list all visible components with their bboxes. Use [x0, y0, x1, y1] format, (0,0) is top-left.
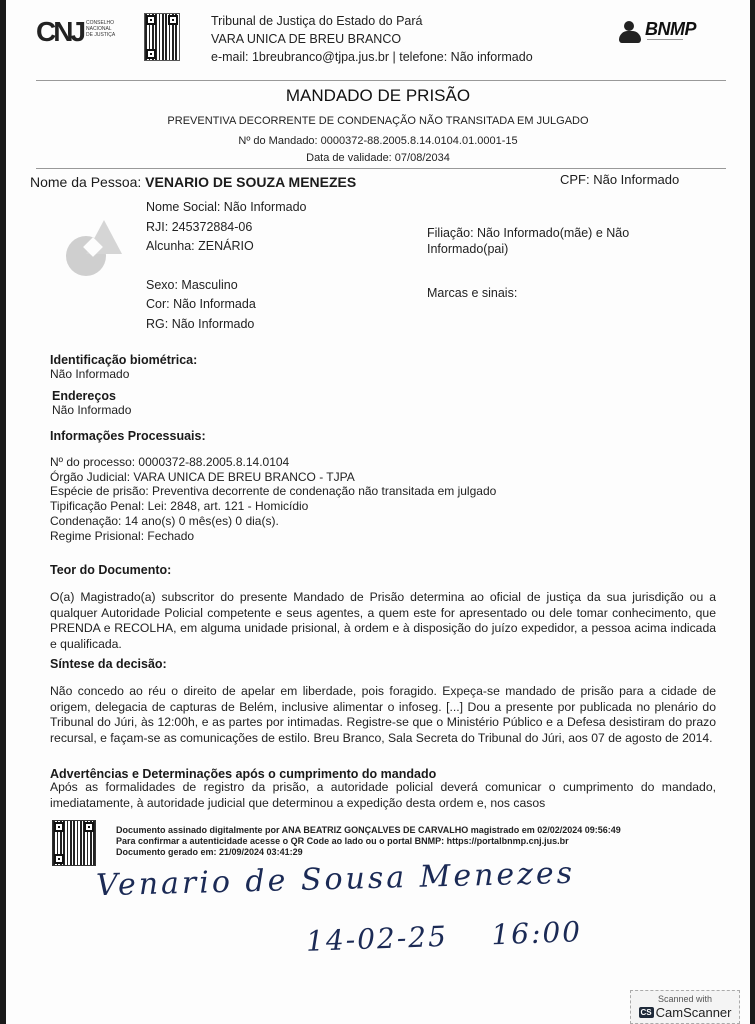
- cpf: CPF: Não Informado: [560, 172, 679, 187]
- addresses-value: Não Informado: [52, 403, 131, 418]
- validity-date: Data de validade: 07/08/2034: [6, 152, 750, 164]
- cnj-logo-mark: CNJ: [36, 16, 83, 48]
- warnings-heading: Advertências e Determinações após o cump…: [50, 767, 436, 781]
- sex: Sexo: Masculino: [146, 277, 238, 293]
- camscanner-icon: CS: [639, 1007, 654, 1018]
- court-header: Tribunal de Justiça do Estado do Pará VA…: [211, 12, 533, 66]
- arrest-type: Espécie de prisão: Preventiva decorrente…: [50, 484, 496, 499]
- warrant-number: Nº do Mandado: 0000372-88.2005.8.14.0104…: [6, 135, 750, 147]
- document-title: MANDADO DE PRISÃO: [6, 86, 750, 106]
- alias: Alcunha: ZENÁRIO: [146, 238, 254, 254]
- marks-and-signs: Marcas e sinais:: [427, 285, 517, 301]
- verify-info: Para confirmar a autenticidade acesse o …: [116, 836, 621, 847]
- biometric-heading: Identificação biométrica:: [50, 353, 197, 367]
- court-unit: VARA UNICA DE BREU BRANCO: [211, 30, 533, 48]
- content-text: O(a) Magistrado(a) subscritor do present…: [50, 590, 716, 652]
- signature-info: Documento assinado digitalmente por ANA …: [116, 825, 621, 858]
- warnings-text: Após as formalidades de registro da pris…: [50, 780, 716, 811]
- court-name: Tribunal de Justiça do Estado do Pará: [211, 12, 533, 30]
- filiation: Filiação: Não Informado(mãe) e Não Infor…: [427, 225, 637, 257]
- process-number: Nº do processo: 0000372-88.2005.8.14.010…: [50, 455, 496, 470]
- decision-heading: Síntese da decisão:: [50, 657, 167, 671]
- content-heading: Teor do Documento:: [50, 563, 171, 577]
- document-subtitle: PREVENTIVA DECORRENTE DE CONDENAÇÃO NÃO …: [6, 115, 750, 127]
- process-info: Nº do processo: 0000372-88.2005.8.14.010…: [50, 455, 496, 543]
- photo-placeholder-icon: [56, 200, 136, 320]
- social-name: Nome Social: Não Informado: [146, 199, 307, 215]
- divider: [36, 80, 726, 81]
- judicial-body: Órgão Judicial: VARA UNICA DE BREU BRANC…: [50, 470, 496, 485]
- cnj-logo: CNJ Conselho Nacional de Justiça: [36, 14, 126, 48]
- person-name: VENARIO DE SOUZA MENEZES: [145, 174, 356, 190]
- rji: RJI: 245372884-06: [146, 219, 252, 235]
- prison-regime: Regime Prisional: Fechado: [50, 529, 496, 544]
- handwritten-signature: Venario de Sousa Menezes: [96, 856, 576, 904]
- person-signal-icon: [619, 18, 641, 44]
- cnj-logo-text: Conselho Nacional de Justiça: [86, 20, 115, 38]
- addresses-heading: Endereços: [52, 389, 116, 403]
- color: Cor: Não Informada: [146, 296, 256, 312]
- person-name-line: Nome da Pessoa: VENARIO DE SOUZA MENEZES: [30, 174, 356, 190]
- qr-code-icon: [144, 13, 180, 61]
- rg: RG: Não Informado: [146, 316, 254, 332]
- divider: [36, 168, 726, 169]
- sentence: Condenação: 14 ano(s) 0 mês(es) 0 dia(s)…: [50, 514, 496, 529]
- penal-type: Tipificação Penal: Lei: 2848, art. 121 -…: [50, 499, 496, 514]
- process-heading: Informações Processuais:: [50, 429, 206, 443]
- court-contact: e-mail: 1breubranco@tjpa.jus.br | telefo…: [211, 48, 533, 66]
- biometric-value: Não Informado: [50, 367, 129, 382]
- signed-by: Documento assinado digitalmente por ANA …: [116, 825, 621, 836]
- handwritten-datetime: 14-02-25 16:00: [306, 915, 583, 958]
- decision-text: Não concedo ao réu o direito de apelar e…: [50, 684, 716, 746]
- bnmp-logo: BNMP: [619, 14, 709, 48]
- signature-qr-code-icon: [52, 820, 96, 866]
- document-page: CNJ Conselho Nacional de Justiça Tribuna…: [6, 0, 750, 1024]
- camscanner-watermark: Scanned with CSCamScanner: [630, 990, 740, 1024]
